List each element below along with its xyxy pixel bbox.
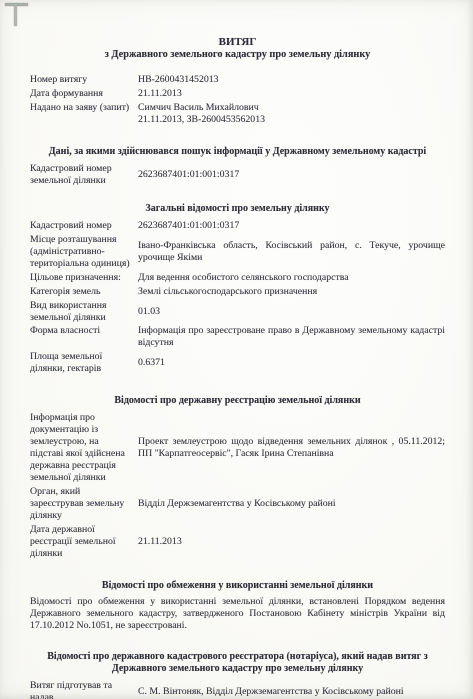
field-row-documentation: Інформація про документацію із землеустр… xyxy=(30,411,445,485)
field-label: Надано на заяву (запит) xyxy=(30,101,138,127)
field-value: Відділ Держземагентства у Косівському ра… xyxy=(138,485,445,523)
field-row-use-type: Вид використання земельної ділянки 01.03 xyxy=(30,299,445,325)
section-heading-restrictions: Відомості про обмеження у використанні з… xyxy=(30,580,445,592)
section-heading-state-registration: Відомості про державну реєстрацію земель… xyxy=(30,395,445,407)
registrar-fields: Витяг підготував та надав С. М. Вінтоняк… xyxy=(30,679,445,699)
field-value: 01.03 xyxy=(138,299,445,325)
field-value: 2623687401:01:001:0317 xyxy=(138,219,445,233)
field-label: Форма власності xyxy=(30,324,138,350)
field-value: Для ведення особистого селянського госпо… xyxy=(138,271,445,285)
field-label: Витяг підготував та надав xyxy=(30,679,138,699)
field-label: Цільове призначення: xyxy=(30,271,138,285)
field-row-prepared-by: Витяг підготував та надав С. М. Вінтоняк… xyxy=(30,679,445,699)
document-content: ВИТЯГ з Державного земельного кадастру п… xyxy=(0,0,473,699)
restrictions-paragraph: Відомості про обмеження у використанні з… xyxy=(30,596,445,632)
field-label: Площа земельної ділянки, гектарів xyxy=(30,350,138,376)
document-title: ВИТЯГ xyxy=(30,36,445,49)
field-value: Землі сільськогосподарського призначення xyxy=(138,285,445,299)
state-registration-fields: Інформація про документацію із землеустр… xyxy=(30,411,445,560)
field-value: НВ-2600431452013 xyxy=(138,73,445,87)
field-value: Івано-Франківська область, Косівський ра… xyxy=(138,233,445,271)
field-row-cadastral-number-search: Кадастровий номер земельної ділянки 2623… xyxy=(30,162,445,188)
field-label: Кадастровий номер земельної ділянки xyxy=(30,162,138,188)
field-value: Проект землеустрою щодо відведення земел… xyxy=(138,411,445,485)
field-row-ownership-form: Форма власності Інформація про зареєстро… xyxy=(30,324,445,350)
field-value: 21.11.2013 xyxy=(138,87,445,101)
field-row-land-category: Категорія земель Землі сільськогосподарс… xyxy=(30,285,445,299)
field-label: Категорія земель xyxy=(30,285,138,299)
field-label: Місце розташування (адміністративно-тери… xyxy=(30,233,138,271)
section-heading-search-data: Дані, за якими здійснювався пошук інформ… xyxy=(30,146,445,158)
field-value: Симчич Василь Михайлович 21.11.2013, ЗВ-… xyxy=(138,101,445,127)
intro-fields: Номер витягу НВ-2600431452013 Дата форму… xyxy=(30,73,445,127)
field-row-formation-date: Дата формування 21.11.2013 xyxy=(30,87,445,101)
field-label: Вид використання земельної ділянки xyxy=(30,299,138,325)
field-row-registration-date: Дата державної реєстрації земельної діля… xyxy=(30,523,445,561)
field-row-designated-purpose: Цільове призначення: Для ведення особист… xyxy=(30,271,445,285)
document-subtitle: з Державного земельного кадастру про зем… xyxy=(30,49,445,62)
field-label: Дата формування xyxy=(30,87,138,101)
field-value: 2623687401:01:001:0317 xyxy=(138,162,445,188)
field-row-location: Місце розташування (адміністративно-тери… xyxy=(30,233,445,271)
section-heading-registrar: Відомості про державного кадастрового ре… xyxy=(30,651,445,675)
field-value: 21.11.2013 xyxy=(138,523,445,561)
field-label: Дата державної реєстрації земельної діля… xyxy=(30,523,138,561)
field-label: Інформація про документацію із землеустр… xyxy=(30,411,138,485)
field-value: 0.6371 xyxy=(138,350,445,376)
general-info-fields: Кадастровий номер 2623687401:01:001:0317… xyxy=(30,219,445,376)
field-row-request: Надано на заяву (запит) Симчич Василь Ми… xyxy=(30,101,445,127)
field-row-area: Площа земельної ділянки, гектарів 0.6371 xyxy=(30,350,445,376)
section-heading-general-info: Загальні відомості про земельну ділянку xyxy=(30,203,445,215)
field-value: Інформація про зареєстроване право в Дер… xyxy=(138,324,445,350)
field-row-registering-authority: Орган, який зареєстрував земельну ділянк… xyxy=(30,485,445,523)
field-row-cadastral-number: Кадастровий номер 2623687401:01:001:0317 xyxy=(30,219,445,233)
field-row-extract-number: Номер витягу НВ-2600431452013 xyxy=(30,73,445,87)
field-label: Орган, який зареєстрував земельну ділянк… xyxy=(30,485,138,523)
field-label: Кадастровий номер xyxy=(30,219,138,233)
field-value: С. М. Вінтоняк, Відділ Держземагентства … xyxy=(138,679,445,699)
field-label: Номер витягу xyxy=(30,73,138,87)
search-data-fields: Кадастровий номер земельної ділянки 2623… xyxy=(30,162,445,188)
